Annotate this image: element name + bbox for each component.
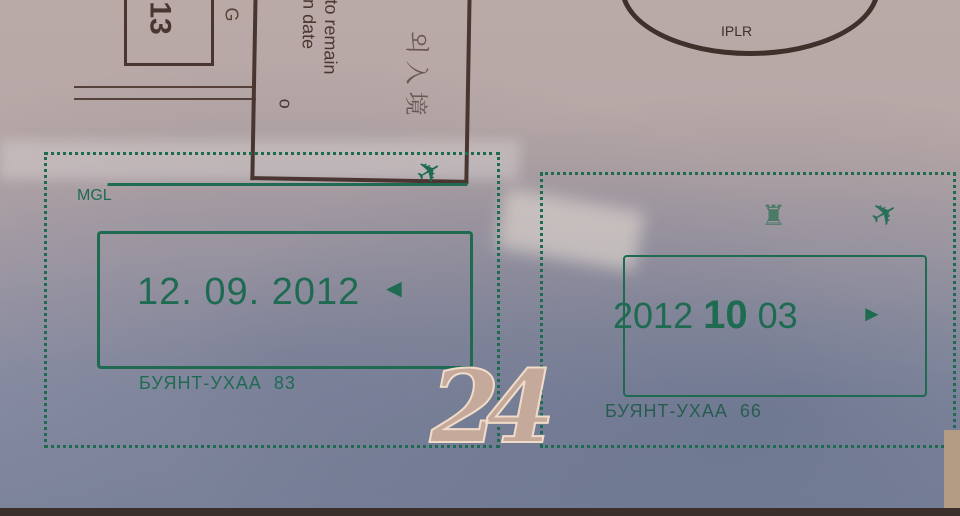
residence-line: to remain <box>319 0 341 75</box>
passport-page: 13 G to remain n date o 외 入 境 IPLR MGL ✈… <box>0 0 960 516</box>
exit-day: 03 <box>758 295 798 336</box>
airplane-icon: ✈ <box>863 191 905 237</box>
stamp-roof <box>98 183 468 238</box>
entry-arrow-icon: ◄ <box>381 273 407 304</box>
exit-year: 2012 <box>613 295 693 336</box>
exit-month: 10 <box>703 293 748 337</box>
side-letter: G <box>221 7 242 21</box>
brown-number-box: 13 <box>124 0 214 66</box>
round-stamp-text: IPLR <box>721 23 752 39</box>
exit-arrow-icon: ► <box>861 301 883 327</box>
officer-number: 83 <box>274 373 296 393</box>
page-edge <box>0 508 960 516</box>
officer-number: 66 <box>740 401 762 421</box>
residence-line: o <box>275 98 296 108</box>
checkpoint-label: БУЯНТ-УХАА 83 <box>139 373 296 394</box>
checkpoint-label: БУЯНТ-УХАА 66 <box>605 401 762 422</box>
tower-icon: ♜ <box>761 199 786 232</box>
checkpoint-name: БУЯНТ-УХАА <box>139 373 262 393</box>
checkpoint-name: БУЯНТ-УХАА <box>605 401 728 421</box>
page-edge <box>944 430 960 516</box>
double-rule <box>74 86 256 100</box>
residence-line: n date <box>298 0 320 49</box>
box-number: 13 <box>143 1 177 34</box>
round-stamp: IPLR <box>620 0 880 56</box>
exit-stamp: ♜ ✈ 2012 10 03 ► БУЯНТ-УХАА 66 <box>540 172 956 448</box>
entry-date: 12. 09. 2012 <box>137 271 360 314</box>
exit-date: 2012 10 03 <box>613 293 798 338</box>
residence-cjk: 외 入 境 <box>400 31 436 116</box>
page-number: 24 <box>430 348 541 466</box>
